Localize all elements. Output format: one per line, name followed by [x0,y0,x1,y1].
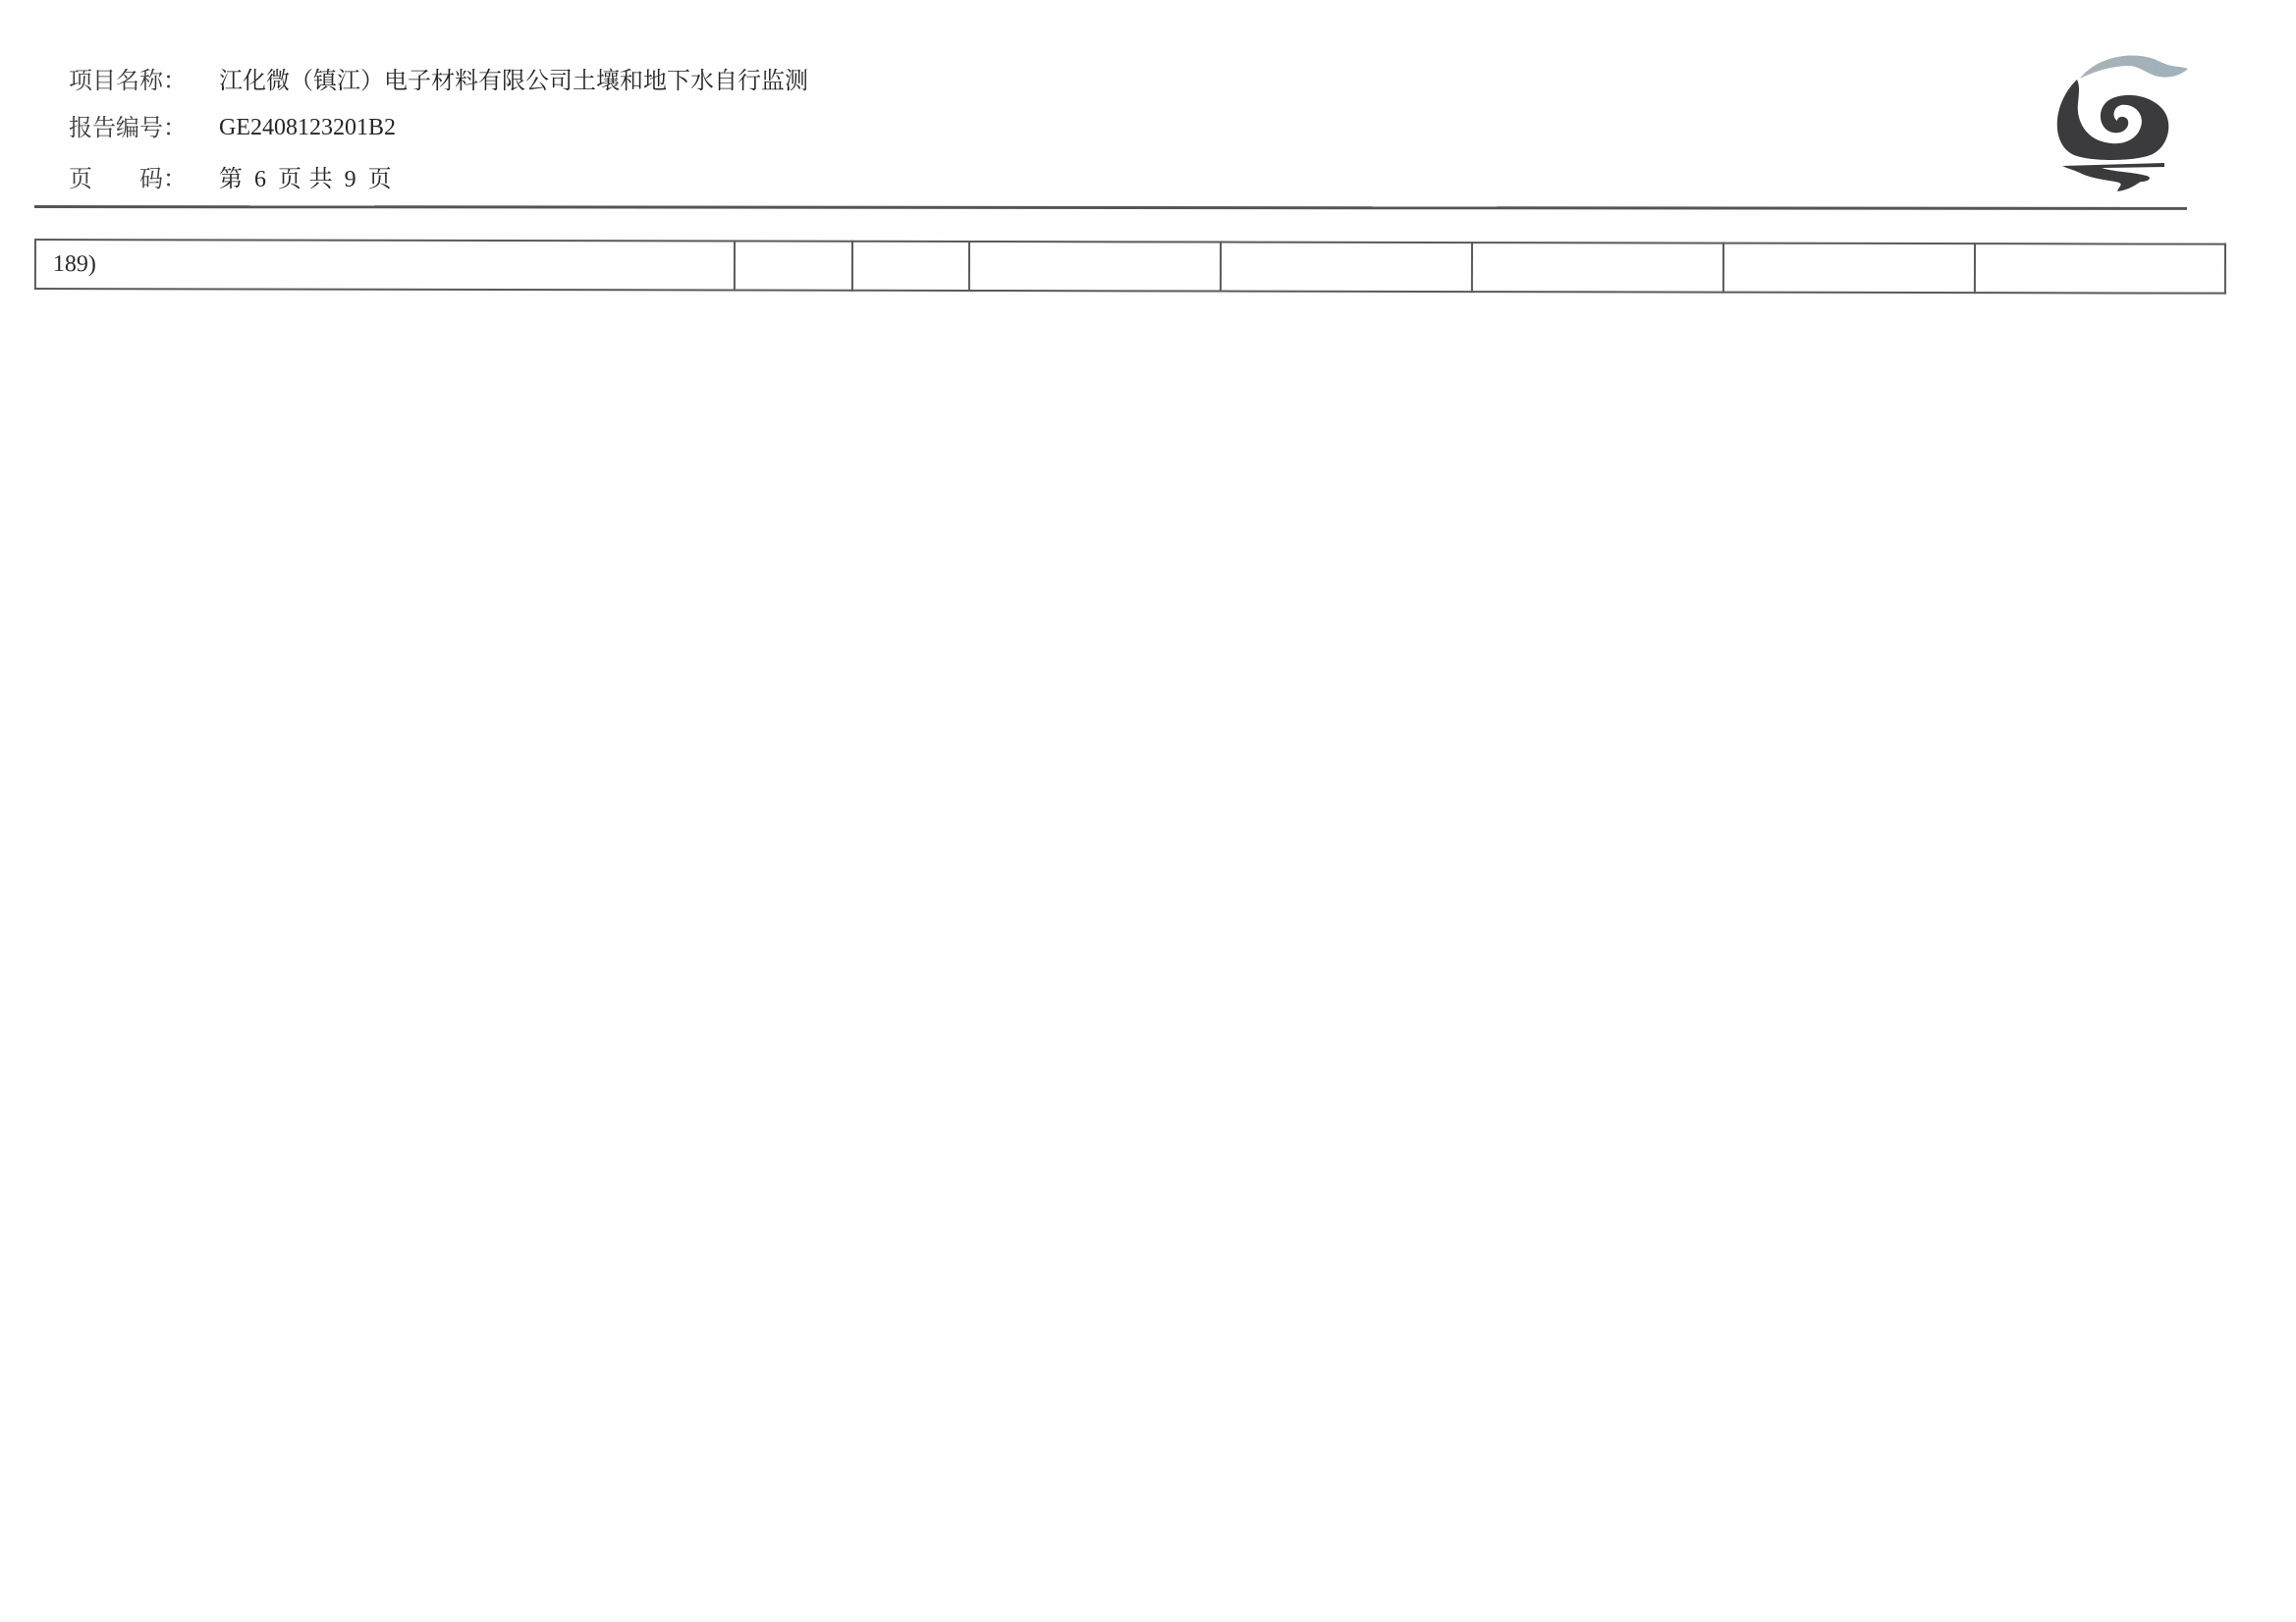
page-suffix: 页 [368,165,392,192]
page-current: 6 [254,167,266,192]
project-name-row: 项目名称： 江化微（镇江）电子材料有限公司土壤和地下水自行监测 [69,65,808,96]
table-cell [1221,243,1472,293]
table-cell [1975,243,2225,294]
report-number-value: GE2408123201B2 [219,112,396,143]
report-number-label: 报告编号： [69,112,219,143]
page-number-label: 页 码： [69,163,219,194]
page-total: 9 [345,167,356,192]
page-prefix: 第 [219,165,243,192]
table-row: 189) [35,240,2225,294]
table-cell [1723,243,1975,294]
company-swirl-logo-icon [2043,44,2210,196]
page-number-row: 页 码： 第6页 共9页 [69,163,392,194]
header-divider [34,205,2187,210]
results-table: 189) [34,239,2224,295]
table-cell [1472,243,1723,293]
table-cell [969,242,1221,292]
table-cell: 189) [35,240,735,290]
table-cell [852,242,969,291]
project-name-label: 项目名称： [69,65,219,96]
report-number-row: 报告编号： GE2408123201B2 [69,112,396,143]
page-number-value: 第6页 共9页 [219,163,392,195]
page-mid: 页 共 [278,165,333,192]
table-cell [735,241,852,290]
project-name-value: 江化微（镇江）电子材料有限公司土壤和地下水自行监测 [219,65,808,96]
